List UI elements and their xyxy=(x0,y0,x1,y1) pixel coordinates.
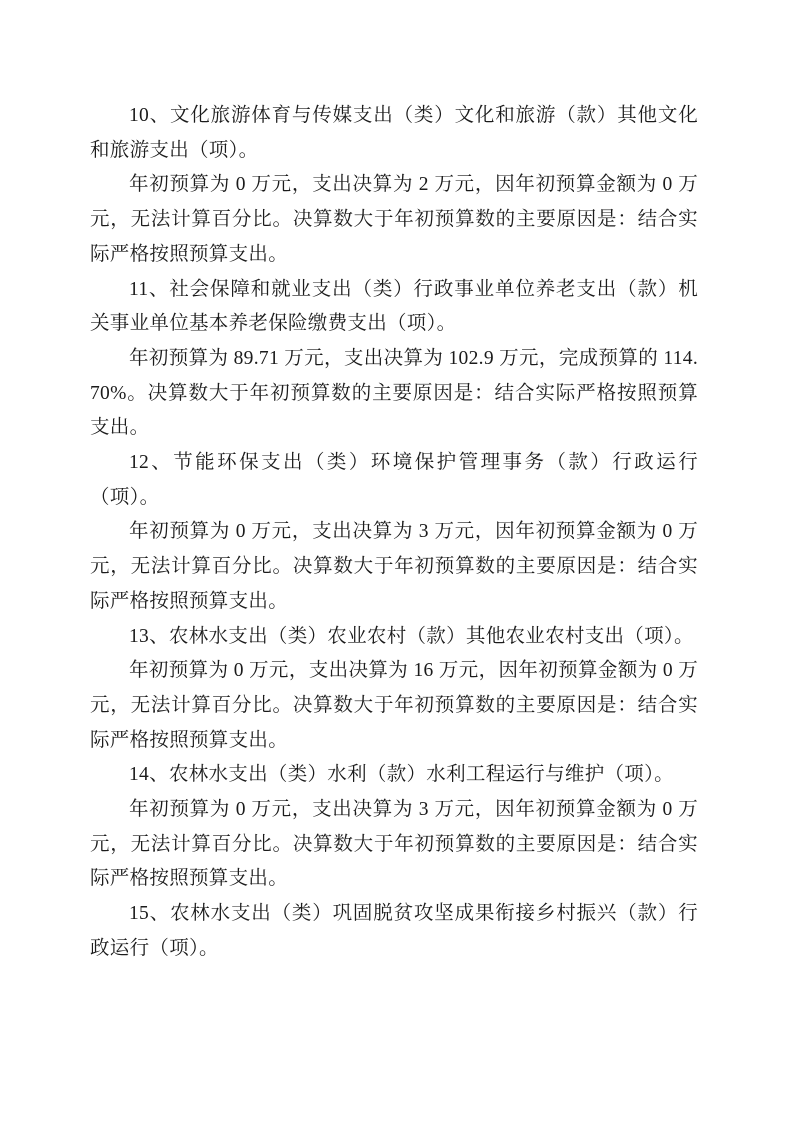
item-11-detail: 年初预算为 89.71 万元，支出决算为 102.9 万元，完成预算的 114.… xyxy=(90,342,698,446)
item-14-title: 14、农林水支出（类）水利（款）水利工程运行与维护（项）。 xyxy=(90,758,698,793)
item-13-title: 13、农林水支出（类）农业农村（款）其他农业农村支出（项）。 xyxy=(90,620,698,655)
item-11-title: 11、社会保障和就业支出（类）行政事业单位养老支出（款）机关事业单位基本养老保险… xyxy=(90,273,698,342)
document-body: 10、文化旅游体育与传媒支出（类）文化和旅游（款）其他文化和旅游支出（项）。年初… xyxy=(90,99,698,967)
item-10-detail: 年初预算为 0 万元，支出决算为 2 万元，因年初预算金额为 0 万元，无法计算… xyxy=(90,168,698,272)
item-12-detail: 年初预算为 0 万元，支出决算为 3 万元，因年初预算金额为 0 万元，无法计算… xyxy=(90,515,698,619)
document-page: 10、文化旅游体育与传媒支出（类）文化和旅游（款）其他文化和旅游支出（项）。年初… xyxy=(0,0,793,1122)
item-10-title: 10、文化旅游体育与传媒支出（类）文化和旅游（款）其他文化和旅游支出（项）。 xyxy=(90,99,698,168)
item-12-title: 12、节能环保支出（类）环境保护管理事务（款）行政运行（项）。 xyxy=(90,446,698,515)
item-13-detail: 年初预算为 0 万元，支出决算为 16 万元，因年初预算金额为 0 万元，无法计… xyxy=(90,654,698,758)
item-14-detail: 年初预算为 0 万元，支出决算为 3 万元，因年初预算金额为 0 万元，无法计算… xyxy=(90,793,698,897)
item-15-title: 15、农林水支出（类）巩固脱贫攻坚成果衔接乡村振兴（款）行政运行（项）。 xyxy=(90,897,698,966)
